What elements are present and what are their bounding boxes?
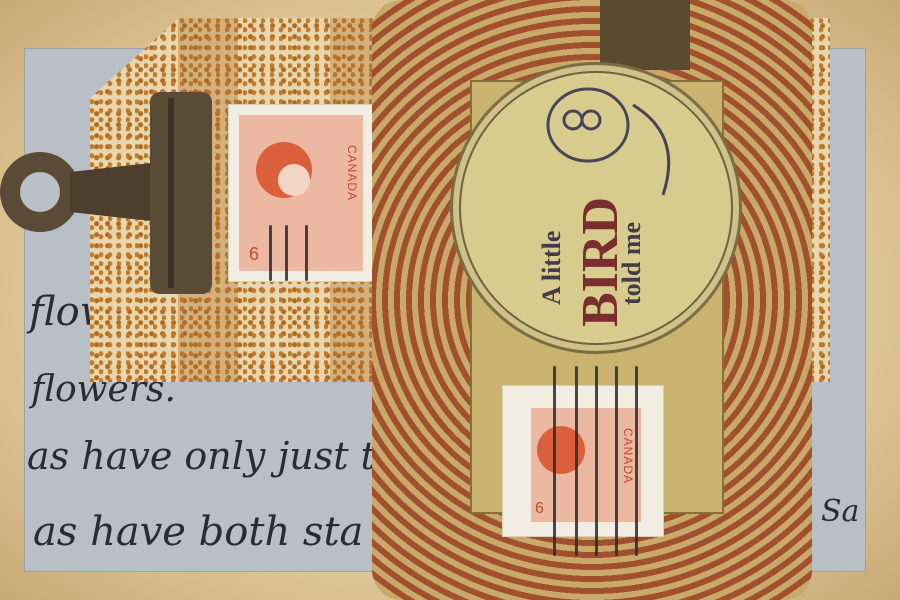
canada-stamp: CANADA 6 [228, 104, 374, 282]
cancellation-line [553, 366, 556, 556]
cancellation-line [595, 366, 598, 556]
stamp-face: CANADA 6 [531, 408, 641, 522]
dark-paper-strip [600, 0, 690, 70]
queen-portrait-icon [249, 135, 319, 215]
cancellation-line [269, 225, 272, 281]
bird-motto-medallion: A little BIRD told me [450, 62, 742, 354]
handwriting-line: as have only just th [27, 434, 400, 478]
cancellation-line [615, 366, 618, 556]
canada-stamp: CANADA 6 [502, 385, 664, 537]
handwriting-line: Sa [821, 494, 859, 529]
binder-clip-icon [0, 92, 215, 294]
cancellation-line [575, 366, 578, 556]
motto-line-1: A little [537, 231, 567, 305]
cancellation-line [635, 366, 638, 556]
cancellation-line [305, 225, 308, 281]
stamp-face: CANADA 6 [239, 115, 363, 271]
motto-line-3: told me [617, 222, 647, 305]
handwriting-line: as have both sta [33, 509, 363, 555]
queen-portrait-icon [533, 422, 593, 482]
owl-on-branch-icon [533, 75, 693, 205]
cancellation-line [285, 225, 288, 281]
